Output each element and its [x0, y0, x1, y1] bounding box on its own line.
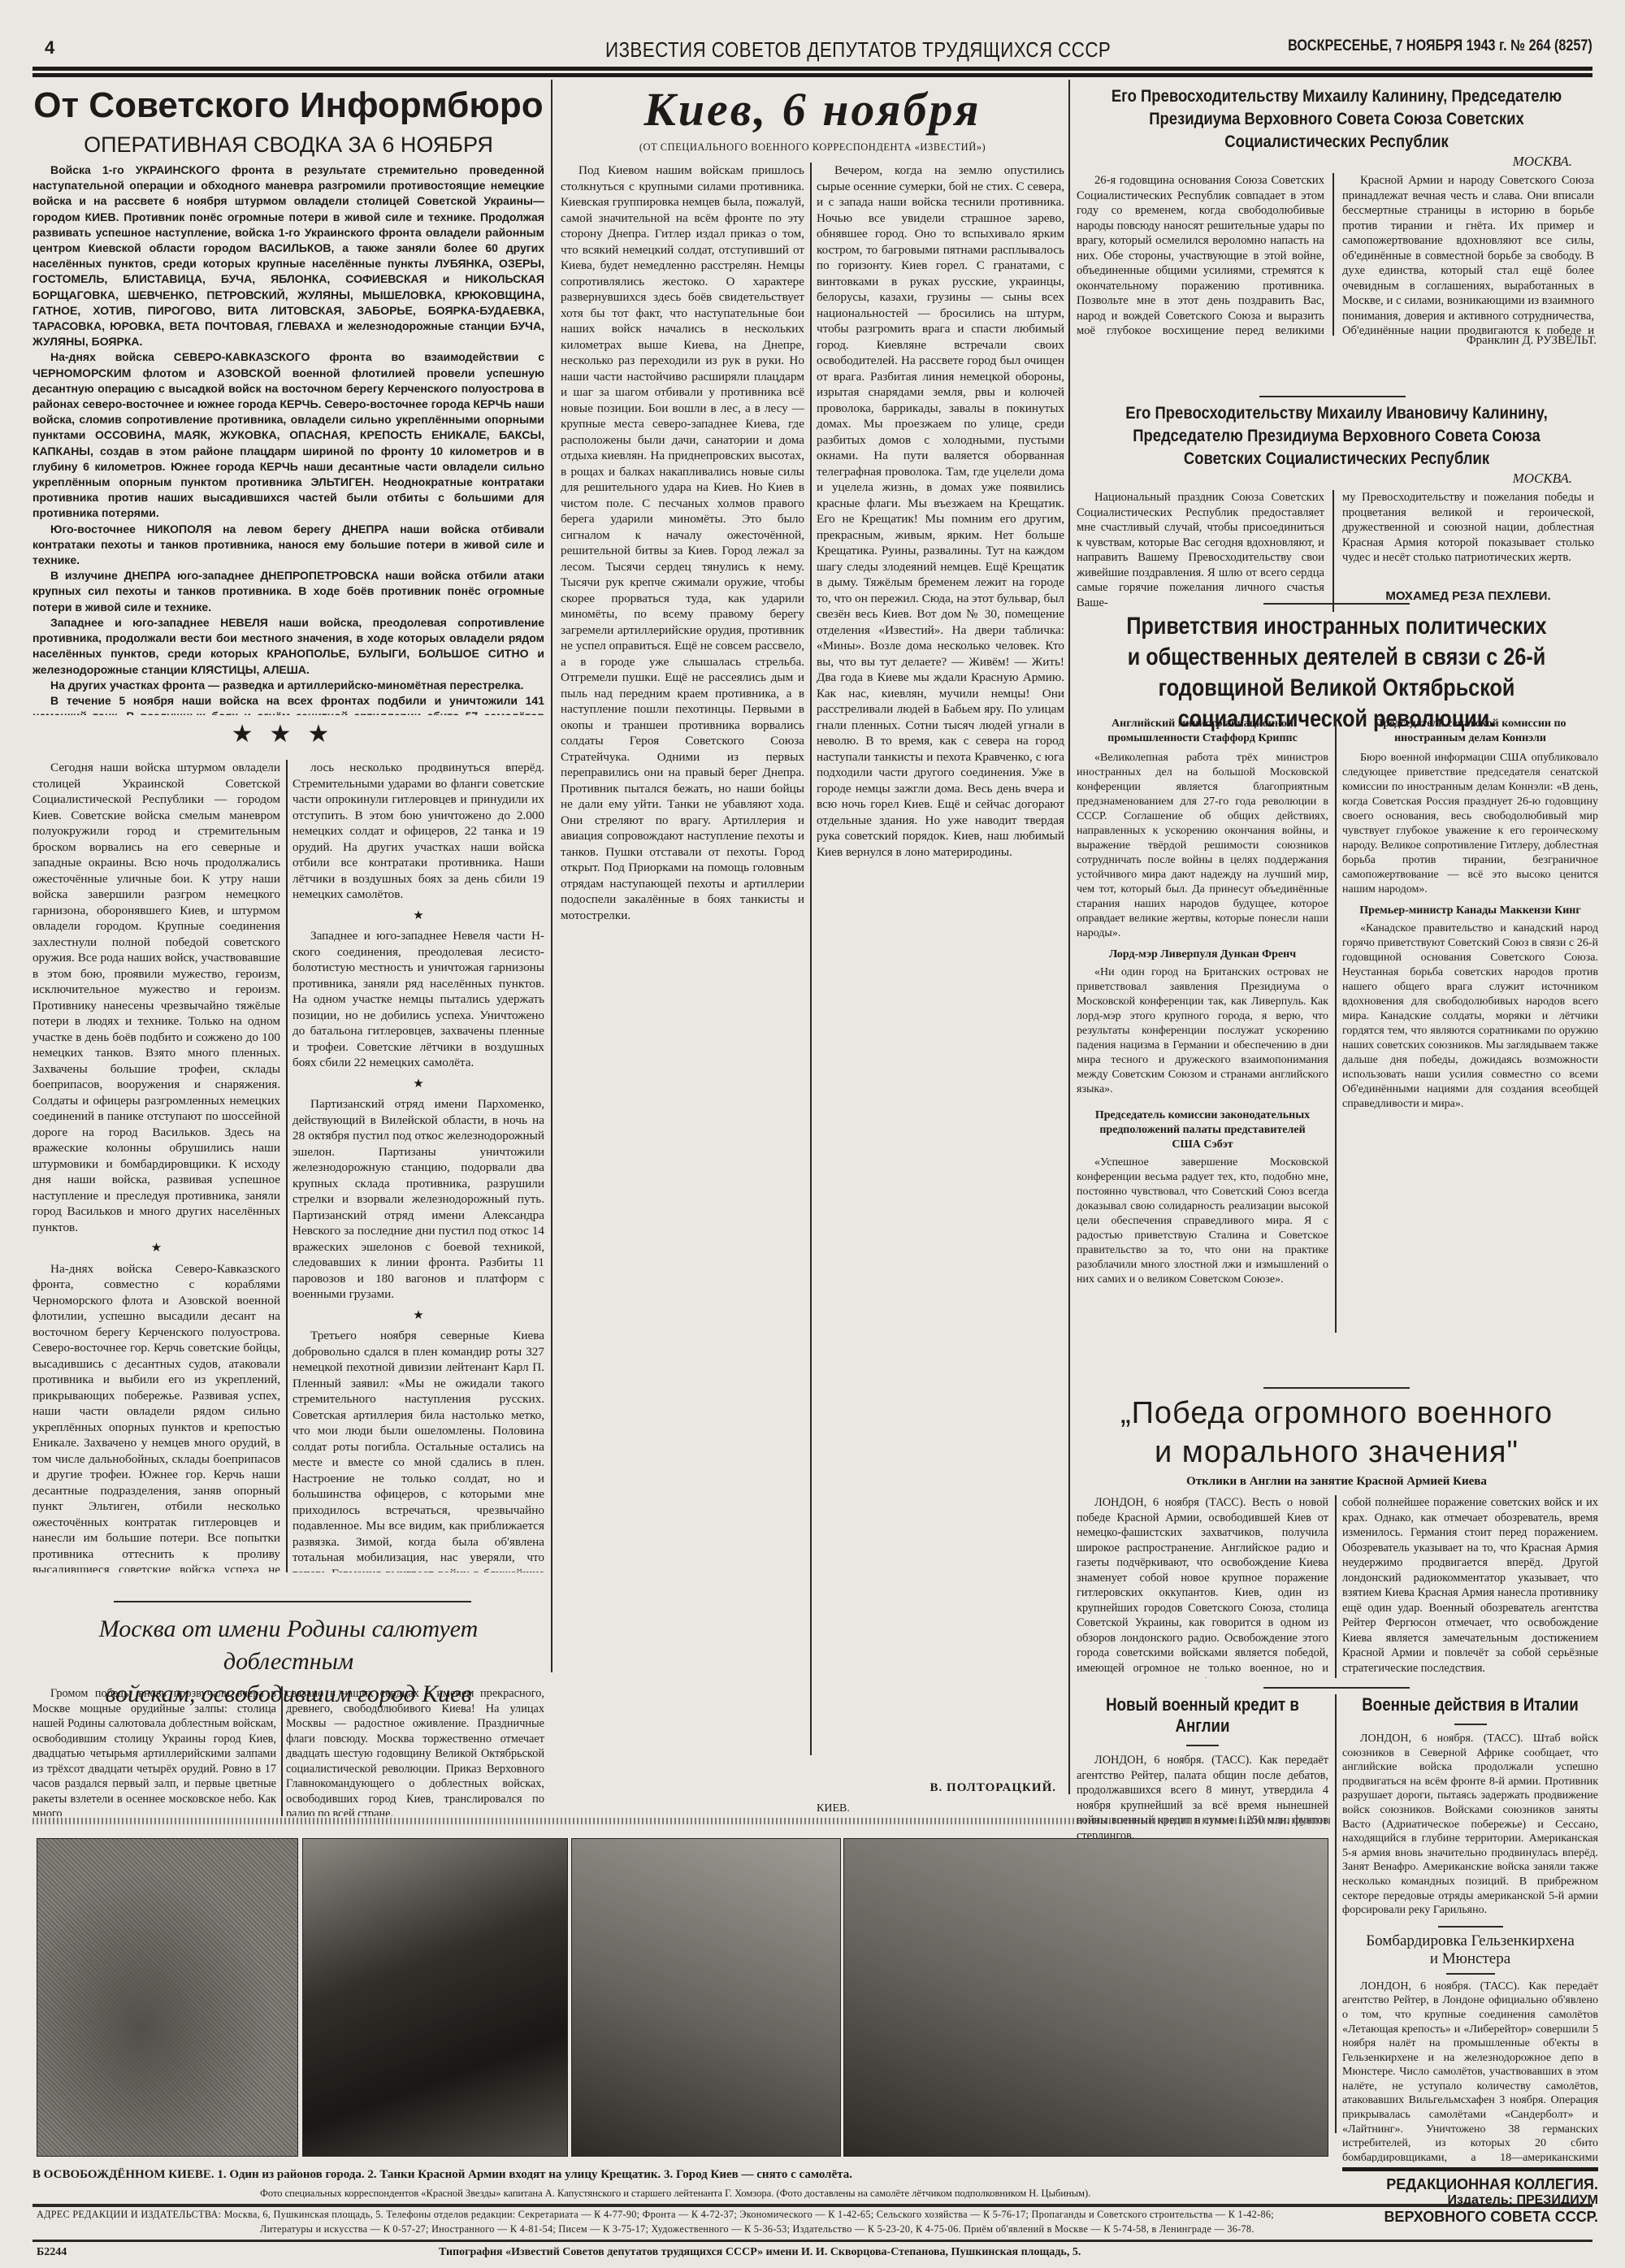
column-divider	[1335, 1694, 1337, 2133]
greetings-column-a: Английский министр авиационной промышлен…	[1077, 715, 1328, 1333]
author-signature: В. ПОЛТОРАЦКИЙ.	[817, 1781, 1056, 1795]
article-byline: (ОТ СПЕЦИАЛЬНОГО ВОЕННОГО КОРРЕСПОНДЕНТА…	[561, 141, 1064, 154]
victory-subtitle: Отклики в Англии на занятие Красной Арми…	[1077, 1475, 1597, 1489]
roosevelt-column-b: Красной Армии и народу Советского Союза …	[1342, 173, 1594, 336]
pahlavi-column-b: му Превосходительству и пожелания победы…	[1342, 490, 1594, 581]
column-divider	[286, 760, 288, 1572]
article-title: Киев, 6 ноября	[561, 81, 1064, 138]
greetings-column-b: Председатель сенатской комиссии по иност…	[1342, 715, 1598, 1333]
print-code: Б2244	[37, 2246, 67, 2259]
column-divider	[1335, 1495, 1337, 1678]
photo-caption: В ОСВОБОЖДЁННОМ КИЕВЕ. 1. Один из районо…	[32, 2168, 1332, 2182]
masthead: 4 ИЗВЕСТИЯ СОВЕТОВ ДЕПУТАТОВ ТРУДЯЩИХСЯ …	[45, 33, 1592, 65]
roosevelt-message: Его Превосходительству Михаилу Калинину,…	[1077, 85, 1597, 348]
footer-rule	[32, 2240, 1592, 2242]
dateline: КИЕВ.	[817, 1802, 850, 1815]
operational-summary: Войска 1-го УКРАИНСКОГО фронта в результ…	[32, 163, 544, 715]
article-title: Новый военный кредит в Англии	[1095, 1694, 1310, 1737]
stars-divider: ★★★	[32, 720, 544, 748]
message-title: Его Превосходительству Михаилу Калинину,…	[1107, 85, 1565, 154]
message-location: МОСКВА.	[1077, 471, 1572, 487]
article-title: От Советского Информбюро	[32, 85, 544, 127]
section-rule	[1259, 396, 1406, 397]
newspaper-page: 4 ИЗВЕСТИЯ СОВЕТОВ ДЕПУТАТОВ ТРУДЯЩИХСЯ …	[0, 0, 1625, 2268]
article-subtitle: ОПЕРАТИВНАЯ СВОДКА ЗА 6 НОЯБРЯ	[32, 130, 544, 159]
article-title: Военные действия в Италии	[1362, 1694, 1579, 1715]
message-location: МОСКВА.	[1077, 154, 1572, 170]
sovinformburo-column-b: лось несколько продвинуться вперёд. Стре…	[292, 760, 544, 1572]
column-divider	[1068, 80, 1070, 1794]
victory-title: „Победа огромного военного и морального …	[1077, 1394, 1597, 1472]
italy-article: Военные действия в Италии ЛОНДОН, 6 нояб…	[1342, 1694, 1598, 2225]
sovinformburo-column-a: Сегодня наши войска штурмом овладели сто…	[32, 760, 280, 1572]
moscow-salute-column-b: связано в наших сердцах с именем прекрас…	[286, 1686, 544, 1816]
printer-info: Типография «Известий Советов депутатов т…	[439, 2246, 1081, 2259]
column-divider	[551, 80, 552, 1672]
column-divider	[281, 1686, 283, 1816]
kiev-article: Киев, 6 ноября (ОТ СПЕЦИАЛЬНОГО ВОЕННОГО…	[561, 81, 1064, 154]
photo-tanks-khreshchatyk	[302, 1838, 568, 2157]
message-title: Его Превосходительству Михаилу Ивановичу…	[1107, 402, 1565, 471]
bombing-article: ЛОНДОН, 6 ноября. (ТАСС). Как передаёт а…	[1342, 1980, 1598, 2162]
wavy-divider	[32, 1818, 1332, 1824]
masthead-rule-top	[32, 67, 1592, 71]
sovinformburo-article: От Советского Информбюро ОПЕРАТИВНАЯ СВО…	[32, 85, 544, 748]
message-signature: МОХАМЕД РЕЗА ПЕХЛЕВИ.	[1342, 589, 1594, 603]
issue-date: ВОСКРЕСЕНЬЕ, 7 НОЯБРЯ 1943 г. № 264 (825…	[1288, 37, 1592, 55]
footer-address-continued: Литературы и искусства — К 0-57-27; Инос…	[260, 2223, 1592, 2235]
photo-aerial-kiev-wide	[843, 1838, 1328, 2157]
pahlavi-message: Его Превосходительству Михаилу Ивановичу…	[1077, 402, 1597, 612]
kiev-column-b: Вечером, когда на землю опустились сырые…	[817, 163, 1064, 1698]
section-rule	[1263, 1387, 1410, 1389]
section-rule	[1263, 1687, 1410, 1689]
message-signature: Франклин Д. РУЗВЕЛЬТ.	[1077, 334, 1597, 348]
section-rule	[1263, 603, 1410, 605]
footer-address: АДРЕС РЕДАКЦИИ И ИЗДАТЕЛЬСТВА: Москва, 6…	[37, 2209, 1592, 2221]
page-number: 4	[45, 37, 54, 59]
ornamental-rule	[114, 1601, 471, 1602]
pahlavi-column-a: Национальный праздник Союза Советских Со…	[1077, 490, 1324, 612]
moscow-salute-column-a: Громом победы вновь прозвучали вчера в М…	[32, 1686, 276, 1816]
kiev-column-a: Под Киевом нашим войскам пришлось столкн…	[561, 163, 804, 1755]
photo-city-district	[37, 1838, 298, 2157]
photo-credit: Фото специальных корреспондентов «Красно…	[260, 2188, 1332, 2200]
roosevelt-column-a: 26-я годовщина основания Союза Советских…	[1077, 173, 1324, 336]
footer-rule	[32, 2204, 1592, 2207]
masthead-rule-bottom	[32, 73, 1592, 77]
column-divider	[810, 163, 812, 1755]
victory-column-b: собой полнейшее поражение советских войс…	[1342, 1495, 1598, 1678]
photo-aerial-kiev	[571, 1838, 841, 2157]
newspaper-title: ИЗВЕСТИЯ СОВЕТОВ ДЕПУТАТОВ ТРУДЯЩИХСЯ СС…	[605, 37, 1111, 63]
victory-column-a: ЛОНДОН, 6 ноября (ТАСС). Весть о новой п…	[1077, 1495, 1328, 1678]
bombing-title: Бомбардировка Гельзенкирхена и Мюнстера	[1342, 1932, 1598, 1968]
column-divider	[1335, 715, 1337, 1333]
